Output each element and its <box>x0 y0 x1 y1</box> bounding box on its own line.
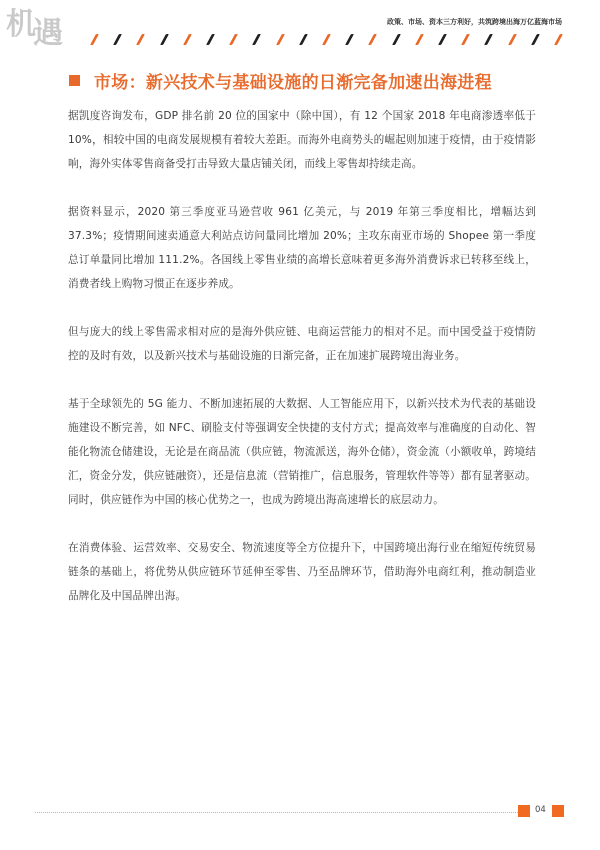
slash-black-icon <box>531 34 539 45</box>
paragraph: 据凯度咨询发布，GDP 排名前 20 位的国家中（除中国），有 12 个国家 2… <box>68 104 536 176</box>
footer-square-icon-right <box>552 805 564 817</box>
slash-orange-icon <box>415 34 423 45</box>
slash-orange-icon <box>322 34 330 45</box>
slash-orange-icon <box>90 34 98 45</box>
section-title: 市场：新兴技术与基础设施的日渐完备加速出海进程 <box>94 68 492 93</box>
page-number: 04 <box>535 806 546 815</box>
brand-char-1: 机 <box>6 10 35 40</box>
slash-black-icon <box>113 34 121 45</box>
slash-orange-icon <box>183 34 191 45</box>
paragraph: 但与庞大的线上零售需求相对应的是海外供应链、电商运营能力的相对不足。而中国受益于… <box>68 320 536 368</box>
section-heading: 市场：新兴技术与基础设施的日渐完备加速出海进程 <box>69 68 492 93</box>
paragraph: 在消费体验、运营效率、交易安全、物流速度等全方位提升下，中国跨境出海行业在缩短传… <box>68 536 536 608</box>
slash-black-icon <box>252 34 260 45</box>
brand-char-2: 遇 <box>33 19 62 49</box>
slash-black-icon <box>206 34 214 45</box>
slash-orange-icon <box>554 34 562 45</box>
decorative-slash-divider <box>93 34 573 48</box>
slash-black-icon <box>299 34 307 45</box>
slash-orange-icon <box>508 34 516 45</box>
footer-square-icon-left <box>518 805 530 817</box>
running-head: 政策、市场、资本三方利好，共筑跨境出海万亿蓝海市场 <box>387 19 562 26</box>
footer-dotted-rule <box>35 812 518 813</box>
body-text: 据凯度咨询发布，GDP 排名前 20 位的国家中（除中国），有 12 个国家 2… <box>68 104 536 632</box>
paragraph: 据资料显示，2020 第三季度亚马逊营收 961 亿美元，与 2019 年第三季… <box>68 200 536 296</box>
slash-orange-icon <box>136 34 144 45</box>
paragraph: 基于全球领先的 5G 能力、不断加速拓展的大数据、人工智能应用下，以新兴技术为代… <box>68 392 536 512</box>
slash-black-icon <box>160 34 168 45</box>
slash-black-icon <box>345 34 353 45</box>
slash-orange-icon <box>368 34 376 45</box>
slash-orange-icon <box>229 34 237 45</box>
square-bullet-icon <box>69 75 80 86</box>
slash-black-icon <box>484 34 492 45</box>
document-page: 机遇 政策、市场、资本三方利好，共筑跨境出海万亿蓝海市场 市场：新兴技术与基础设… <box>0 0 600 850</box>
slash-orange-icon <box>276 34 284 45</box>
brand-watermark: 机遇 <box>6 10 62 40</box>
slash-black-icon <box>438 34 446 45</box>
slash-black-icon <box>392 34 400 45</box>
slash-orange-icon <box>461 34 469 45</box>
